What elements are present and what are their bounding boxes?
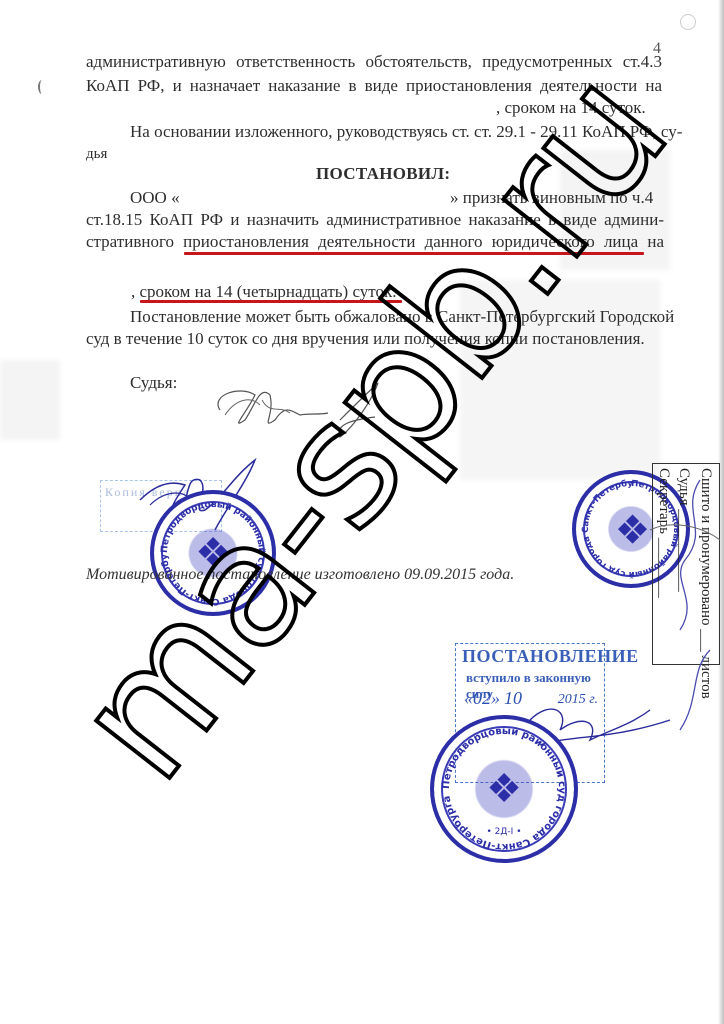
- scan-smudge: [38, 80, 46, 94]
- text-line: ст.18.15 КоАП РФ и назначить администрат…: [86, 210, 664, 230]
- court-seal: Петродворцовый районный суд города Санкт…: [430, 715, 578, 863]
- text-line: , сроком на 14 суток.: [496, 98, 646, 118]
- text-line: ООО «: [130, 188, 180, 208]
- document-page: 4 административную ответственность обсто…: [0, 0, 724, 1024]
- text-line: » признать виновным по ч.4: [450, 188, 653, 208]
- text-line: суд в течение 10 суток со дня вручения и…: [86, 329, 645, 349]
- motivated-note: Мотивированное постановление изготовлено…: [86, 565, 514, 585]
- stamp-day: «02»: [464, 688, 500, 709]
- text-line: административную ответственность обстоят…: [86, 52, 662, 72]
- stamp-title: ПОСТАНОВЛЕНИЕ: [462, 646, 639, 667]
- red-underline: [140, 300, 402, 303]
- eagle-emblem-icon: ❖: [486, 769, 522, 809]
- seal-code: • 2Д-I •: [434, 827, 574, 837]
- text-line: КоАП РФ, и назначает наказание в виде пр…: [86, 76, 662, 96]
- scan-smudge: [680, 14, 696, 30]
- judge-signature: [200, 375, 400, 445]
- text-line: Постановление может быть обжаловано в Са…: [130, 307, 662, 327]
- court-seal: Петродворцовый районный суд города Санкт…: [150, 490, 276, 616]
- ruling-heading: ПОСТАНОВИЛ:: [316, 164, 450, 184]
- text-line: На основании изложенного, руководствуясь…: [130, 122, 662, 142]
- red-underline: [184, 252, 644, 255]
- text-line: стративного приостановления деятельности…: [86, 232, 664, 252]
- judge-label: Судья:: [130, 373, 177, 393]
- text-line: , сроком на 14 (четырнадцать) суток.: [131, 282, 397, 302]
- text-line: дья: [86, 144, 107, 164]
- scan-ghost: [0, 360, 60, 440]
